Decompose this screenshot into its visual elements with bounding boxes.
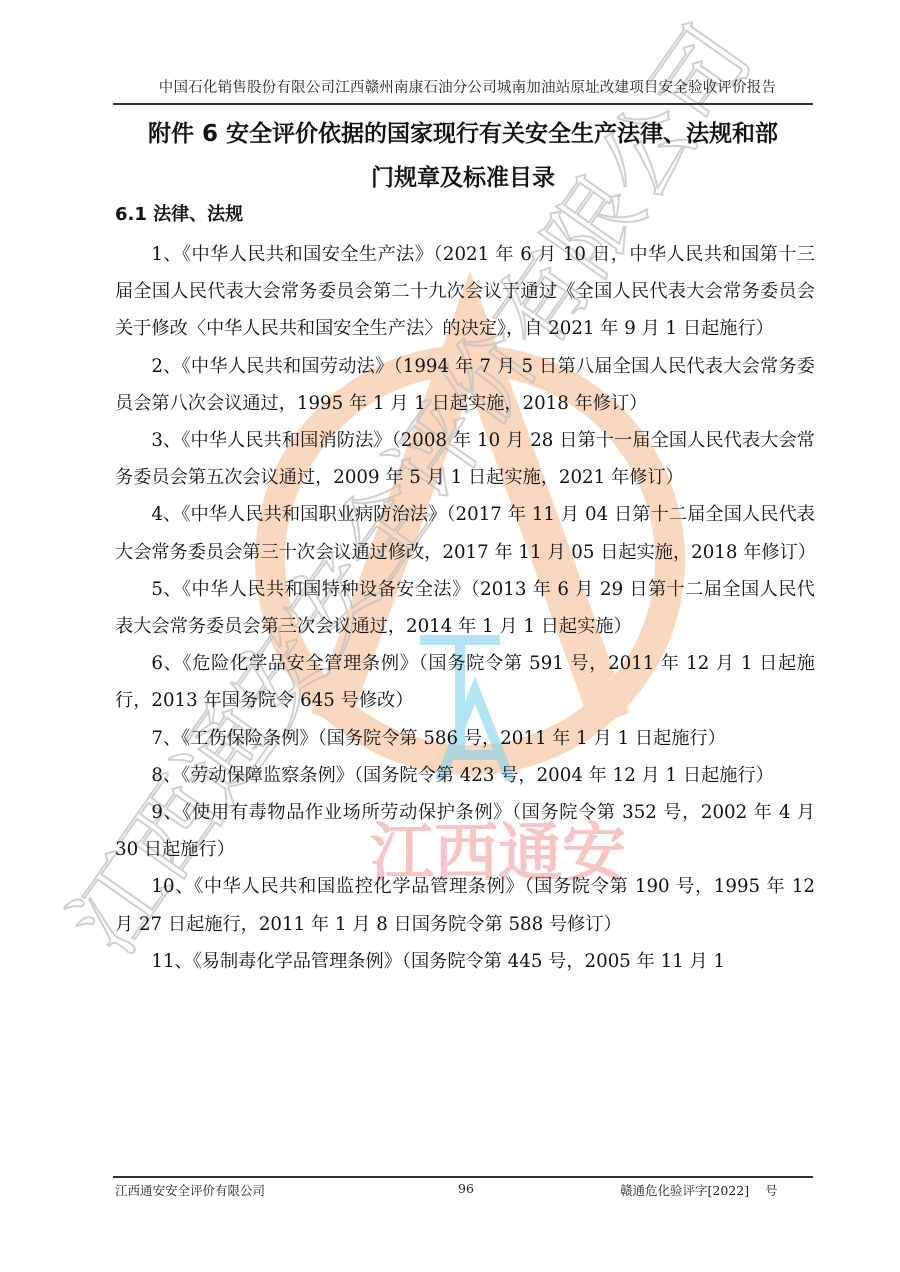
footer-divider: [113, 1176, 813, 1178]
list-item: 10、《中华人民共和国监控化学品管理条例》（国务院令第 190 号，1995 年…: [115, 868, 815, 942]
list-item: 3、《中华人民共和国消防法》（2008 年 10 月 28 日第十一届全国人民代…: [115, 422, 815, 496]
section-heading: 6.1 法律、法规: [115, 200, 243, 226]
list-item: 1、《中华人民共和国安全生产法》（2021 年 6 月 10 日，中华人民共和国…: [115, 236, 815, 348]
list-item: 8、《劳动保障监察条例》（国务院令第 423 号，2004 年 12 月 1 日…: [115, 757, 815, 794]
list-item: 4、《中华人民共和国职业病防治法》（2017 年 11 月 04 日第十二届全国…: [115, 496, 815, 570]
list-item: 9、《使用有毒物品作业场所劳动保护条例》（国务院令第 352 号，2002 年 …: [115, 794, 815, 868]
running-header: 中国石化销售股份有限公司江西赣州南康石油分公司城南加油站原址改建项目安全验收评价…: [120, 76, 815, 97]
page-number: 96: [458, 1181, 474, 1196]
page-title-line-2: 门规章及标准目录: [113, 156, 813, 200]
list-item: 2、《中华人民共和国劳动法》（1994 年 7 月 5 日第八届全国人民代表大会…: [115, 348, 815, 422]
list-item: 5、《中华人民共和国特种设备安全法》（2013 年 6 月 29 日第十二届全国…: [115, 571, 815, 645]
list-item: 7、《工伤保险条例》（国务院令第 586 号，2011 年 1 月 1 日起施行…: [115, 720, 815, 757]
list-item: 11、《易制毒化学品管理条例》（国务院令第 445 号，2005 年 11 月 …: [115, 943, 815, 980]
document-page: 江西通安 江西通安安全评价有限公司 中国石化销售股份有限公司江西赣州南康石油分公…: [0, 0, 900, 1272]
footer-company: 江西通安安全评价有限公司: [115, 1181, 265, 1199]
header-divider: [113, 103, 813, 105]
page-title-line-1: 附件 6 安全评价依据的国家现行有关安全生产法律、法规和部: [113, 112, 813, 156]
law-list: 1、《中华人民共和国安全生产法》（2021 年 6 月 10 日，中华人民共和国…: [115, 236, 815, 980]
footer-doc-number: 赣通危化验评字[2022] 号: [620, 1181, 777, 1199]
list-item: 6、《危险化学品安全管理条例》（国务院令第 591 号，2011 年 12 月 …: [115, 645, 815, 719]
page-title: 附件 6 安全评价依据的国家现行有关安全生产法律、法规和部 门规章及标准目录: [113, 112, 813, 200]
